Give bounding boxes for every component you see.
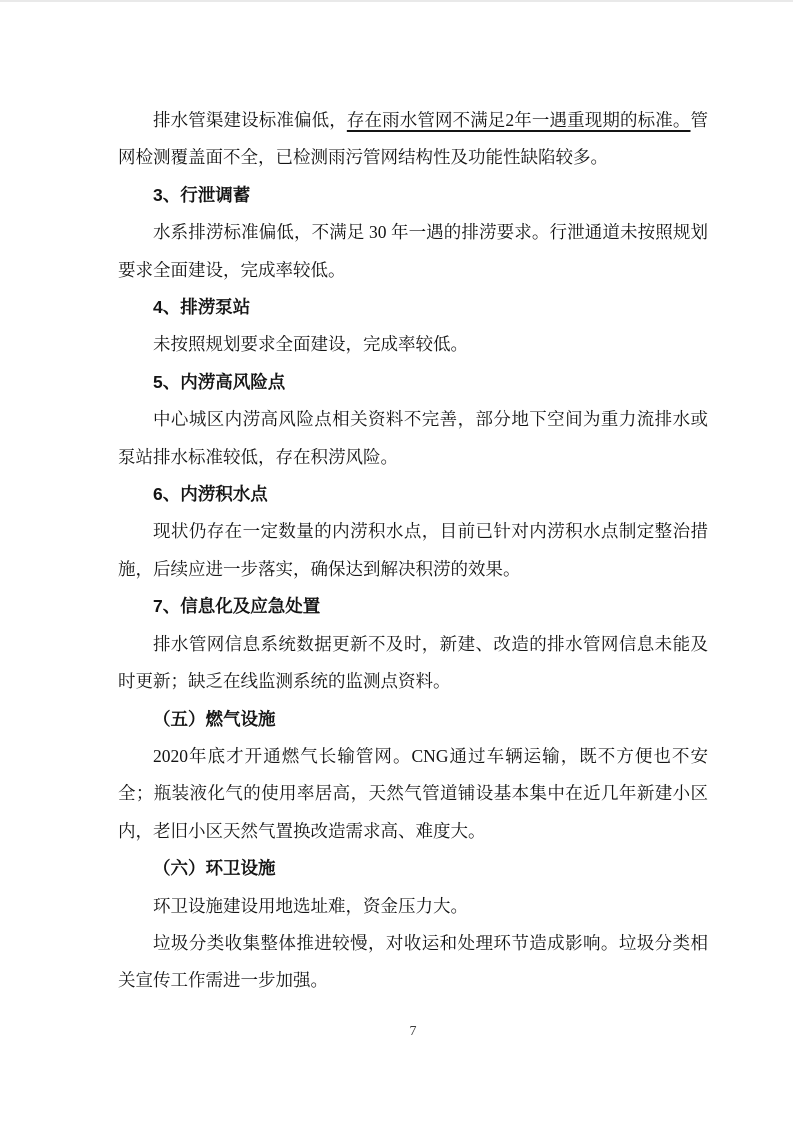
page-number: 7 bbox=[410, 1024, 417, 1039]
text-run: 现状仍存在一定数量的内涝积水点，目前已针对内涝积水点制定整治措施，后续应进一步落… bbox=[118, 521, 708, 578]
paragraph: 排水管网信息系统数据更新不及时，新建、改造的排水管网信息未能及时更新；缺乏在线监… bbox=[118, 626, 708, 701]
section-heading: 5、内涝高风险点 bbox=[118, 364, 708, 401]
paragraph: 环卫设施建设用地选址难，资金压力大。 bbox=[118, 888, 708, 925]
paragraph: 排水管渠建设标准偏低，存在雨水管网不满足2年一遇重现期的标准。管网检测覆盖面不全… bbox=[118, 102, 708, 177]
paragraph: 中心城区内涝高风险点相关资料不完善，部分地下空间为重力流排水或泵站排水标准较低，… bbox=[118, 401, 708, 476]
underlined-text: 存在雨水管网不满足2年一遇重现期的标准。 bbox=[347, 110, 691, 130]
section-heading: （六）环卫设施 bbox=[118, 850, 708, 887]
text-run: 中心城区内涝高风险点相关资料不完善，部分地下空间为重力流排水或泵站排水标准较低，… bbox=[118, 409, 708, 466]
text-run: 未按照规划要求全面建设，完成率较低。 bbox=[153, 334, 468, 354]
paragraph: 现状仍存在一定数量的内涝积水点，目前已针对内涝积水点制定整治措施，后续应进一步落… bbox=[118, 513, 708, 588]
text-run: 环卫设施建设用地选址难，资金压力大。 bbox=[153, 896, 468, 916]
section-heading: 6、内涝积水点 bbox=[118, 476, 708, 513]
section-heading: 4、排涝泵站 bbox=[118, 289, 708, 326]
paragraph: 垃圾分类收集整体推进较慢，对收运和处理环节造成影响。垃圾分类相关宣传工作需进一步… bbox=[118, 925, 708, 1000]
section-heading: 3、行泄调蓄 bbox=[118, 177, 708, 214]
section-heading: 7、信息化及应急处置 bbox=[118, 588, 708, 625]
paragraph: 未按照规划要求全面建设，完成率较低。 bbox=[118, 326, 708, 363]
text-run: 排水管渠建设标准偏低， bbox=[153, 110, 347, 130]
text-run: 水系排涝标准偏低，不满足 30 年一遇的排涝要求。行泄通道未按照规划要求全面建设… bbox=[118, 222, 708, 279]
section-heading: （五）燃气设施 bbox=[118, 701, 708, 738]
text-run: 垃圾分类收集整体推进较慢，对收运和处理环节造成影响。垃圾分类相关宣传工作需进一步… bbox=[118, 933, 708, 990]
text-run: 2020年底才开通燃气长输管网。CNG通过车辆运输，既不方便也不安全；瓶装液化气… bbox=[118, 746, 708, 841]
page-footer: 7 bbox=[118, 1023, 708, 1041]
text-run: 排水管网信息系统数据更新不及时，新建、改造的排水管网信息未能及时更新；缺乏在线监… bbox=[118, 634, 708, 691]
paragraph: 水系排涝标准偏低，不满足 30 年一遇的排涝要求。行泄通道未按照规划要求全面建设… bbox=[118, 214, 708, 289]
document-page: 排水管渠建设标准偏低，存在雨水管网不满足2年一遇重现期的标准。管网检测覆盖面不全… bbox=[0, 0, 793, 1122]
paragraph: 2020年底才开通燃气长输管网。CNG通过车辆运输，既不方便也不安全；瓶装液化气… bbox=[118, 738, 708, 850]
document-body: 排水管渠建设标准偏低，存在雨水管网不满足2年一遇重现期的标准。管网检测覆盖面不全… bbox=[118, 102, 708, 1000]
